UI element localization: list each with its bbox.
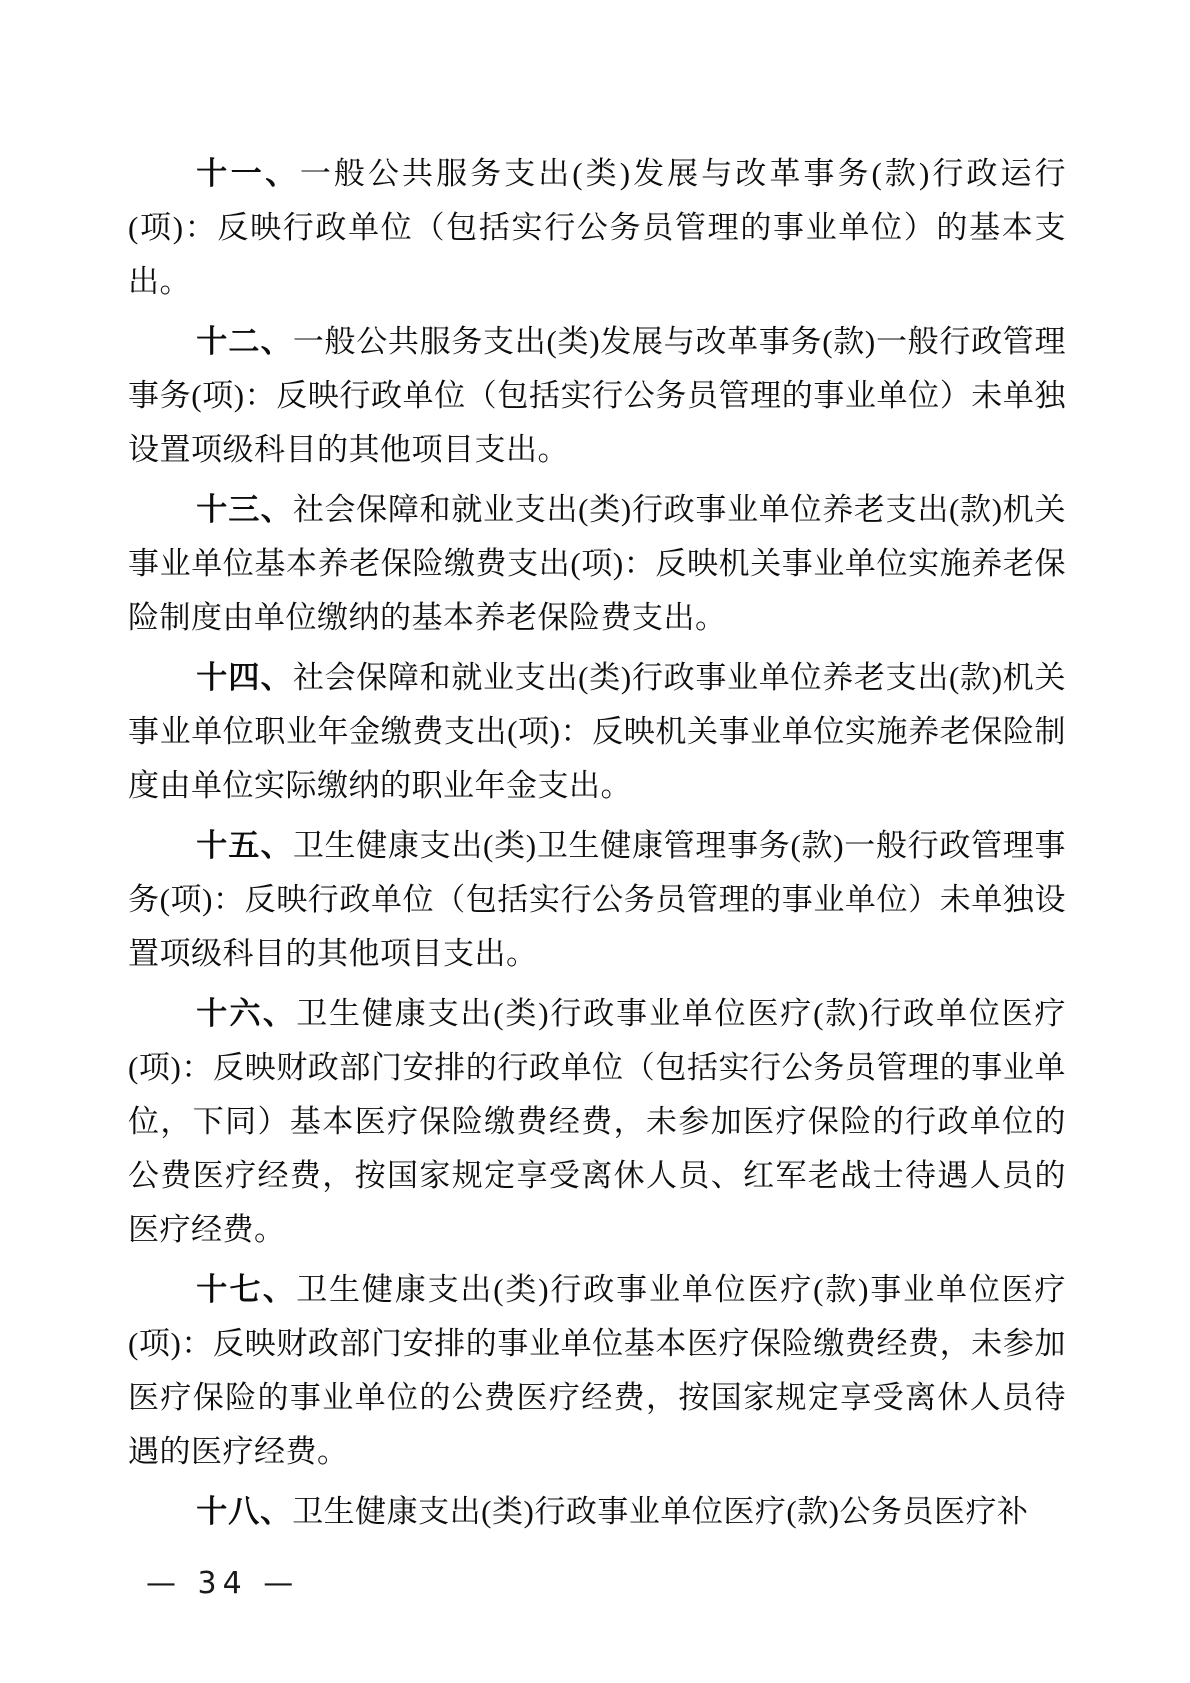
paragraph-16-text: 卫生健康支出(类)行政事业单位医疗(款)行政单位医疗(项)：反映财政部门安排的行…: [128, 996, 1066, 1247]
paragraph-16: 十六、卫生健康支出(类)行政事业单位医疗(款)行政单位医疗(项)：反映财政部门安…: [128, 987, 1066, 1257]
paragraph-11: 十一、一般公共服务支出(类)发展与改革事务(款)行政运行(项)：反映行政单位（包…: [128, 147, 1066, 309]
paragraph-11-number: 十一、: [196, 156, 300, 191]
paragraph-12: 十二、一般公共服务支出(类)发展与改革事务(款)一般行政管理事务(项)：反映行政…: [128, 315, 1066, 477]
paragraph-18-number: 十八、: [196, 1494, 292, 1529]
paragraph-18: 十八、卫生健康支出(类)行政事业单位医疗(款)公务员医疗补: [128, 1485, 1066, 1539]
document-body: 十一、一般公共服务支出(类)发展与改革事务(款)行政运行(项)：反映行政单位（包…: [128, 147, 1066, 1545]
document-page: 十一、一般公共服务支出(类)发展与改革事务(款)行政运行(项)：反映行政单位（包…: [0, 0, 1190, 1683]
paragraph-13-number: 十三、: [196, 492, 293, 527]
page-number: — 34 —: [146, 1566, 299, 1601]
paragraph-17-number: 十七、: [196, 1272, 296, 1307]
paragraph-15-number: 十五、: [196, 828, 293, 863]
paragraph-12-number: 十二、: [196, 324, 293, 359]
paragraph-16-number: 十六、: [196, 996, 296, 1031]
paragraph-15: 十五、卫生健康支出(类)卫生健康管理事务(款)一般行政管理事务(项)：反映行政单…: [128, 819, 1066, 981]
paragraph-14-number: 十四、: [196, 660, 293, 695]
paragraph-17: 十七、卫生健康支出(类)行政事业单位医疗(款)事业单位医疗(项)：反映财政部门安…: [128, 1263, 1066, 1479]
paragraph-13: 十三、社会保障和就业支出(类)行政事业单位养老支出(款)机关事业单位基本养老保险…: [128, 483, 1066, 645]
paragraph-14: 十四、社会保障和就业支出(类)行政事业单位养老支出(款)机关事业单位职业年金缴费…: [128, 651, 1066, 813]
paragraph-18-text: 卫生健康支出(类)行政事业单位医疗(款)公务员医疗补: [292, 1494, 1028, 1529]
